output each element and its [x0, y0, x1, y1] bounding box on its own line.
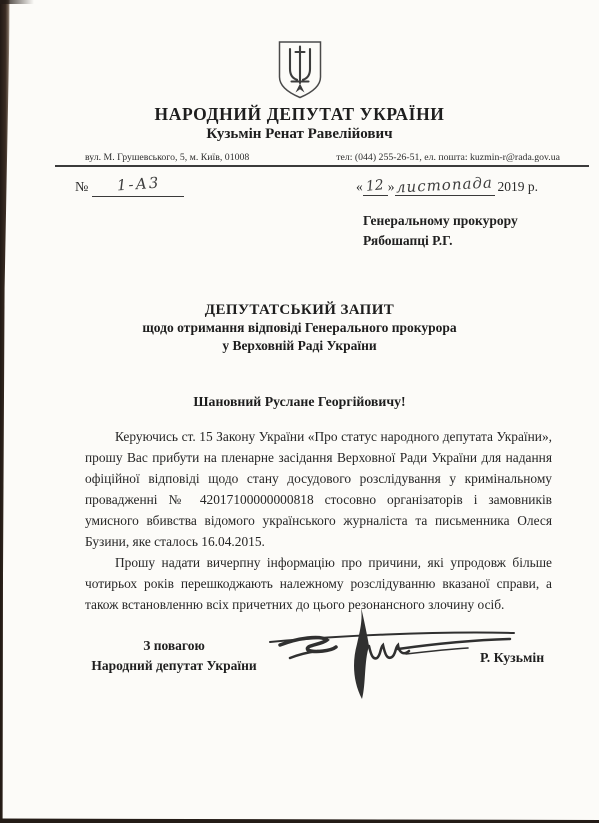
document-subtitle-line2: у Верховній Раді України	[0, 337, 599, 355]
date-open-quote: «	[356, 179, 363, 194]
reference-date-row: «12»листопада2019 р.	[356, 177, 538, 196]
handwritten-reference-number: 1-А3	[116, 174, 161, 195]
scanned-letter-page: НАРОДНИЙ ДЕПУТАТ УКРАЇНИ Кузьмін Ренат Р…	[0, 0, 599, 823]
letterhead-person-name: Кузьмін Ренат Равелійович	[0, 126, 599, 143]
closing-block: З повагою Народний депутат України	[85, 636, 263, 676]
addressee-block: Генеральному прокурору Рябошапці Р.Г.	[363, 211, 518, 251]
closing-regards: З повагою	[85, 636, 263, 656]
body-paragraph-1: Керуючись ст. 15 Закону України «Про ста…	[85, 426, 552, 552]
letterhead-divider	[55, 165, 589, 167]
closing-position: Народний депутат України	[85, 656, 263, 676]
handwritten-month: листопада	[396, 173, 494, 196]
letter-body: Керуючись ст. 15 Закону України «Про ста…	[85, 426, 552, 615]
letterhead-contact-row: вул. М. Грушевського, 5, м. Київ, 01008 …	[85, 152, 560, 163]
reference-number-row: №1-А3	[75, 177, 184, 197]
ukraine-coat-of-arms-icon	[277, 40, 323, 100]
letterhead-address: вул. М. Грушевського, 5, м. Київ, 01008	[85, 152, 249, 163]
date-close-quote: »	[388, 179, 395, 194]
document-title: ДЕПУТАТСЬКИЙ ЗАПИТ	[0, 301, 599, 319]
letterhead-org-title: НАРОДНИЙ ДЕПУТАТ УКРАЇНИ	[0, 104, 599, 125]
addressee-name: Рябошапці Р.Г.	[363, 231, 518, 251]
reference-number-field: 1-А3	[92, 177, 184, 197]
scan-edge-artifact-top	[0, 0, 34, 4]
signer-name: Р. Кузьмін	[480, 650, 544, 666]
date-year: 2019 р.	[498, 179, 539, 194]
subject-block: ДЕПУТАТСЬКИЙ ЗАПИТ щодо отримання відпов…	[0, 301, 599, 355]
salutation: Шановний Руслане Георгійовичу!	[0, 394, 599, 410]
reference-number-label: №	[75, 180, 88, 195]
addressee-title: Генеральному прокурору	[363, 211, 518, 231]
scan-edge-artifact-bottom	[0, 818, 599, 823]
document-subtitle-line1: щодо отримання відповіді Генерального пр…	[0, 319, 599, 337]
date-day-field: 12	[363, 179, 388, 196]
letterhead-contacts: тел: (044) 255-26-51, ел. пошта: kuzmin-…	[336, 152, 560, 163]
date-month-field: листопада	[395, 177, 495, 196]
handwritten-day: 12	[365, 177, 384, 195]
